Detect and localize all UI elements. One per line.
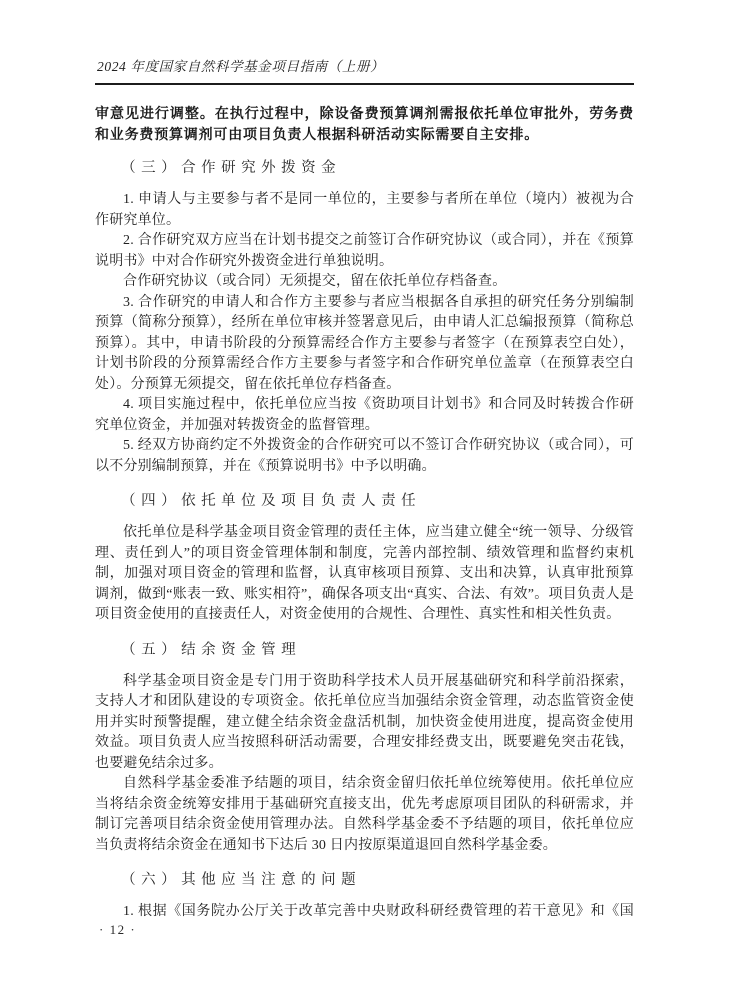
header-rule	[95, 83, 634, 85]
paragraph-note: 合作研究协议（或合同）无须提交，留在依托单位存档备查。	[95, 272, 634, 293]
paragraph-surplus-funds-2: 自然科学基金委准予结题的项目，结余资金留归依托单位统筹使用。依托单位应当将结余资…	[95, 774, 634, 856]
page-content-area: 2024 年度国家自然科学基金项目指南（上册） 审意见进行调整。在执行过程中，除…	[95, 57, 634, 923]
paragraph-responsibility: 依托单位是科学基金项目资金管理的责任主体，应当建立健全“统一领导、分级管理、责任…	[95, 523, 634, 626]
section-heading-6: （六）其他应当注意的问题	[95, 869, 634, 891]
paragraph-other-issues-item-1: 1. 根据《国务院办公厅关于改革完善中央财政科研经费管理的若干意见》和《国	[95, 902, 634, 923]
section-heading-5: （五）结余资金管理	[95, 639, 634, 661]
page-number: · 12 ·	[99, 922, 136, 938]
paragraph-bold-continuation: 审意见进行调整。在执行过程中，除设备费预算调剂需报依托单位审批外，劳务费和业务费…	[95, 103, 634, 144]
section-heading-3: （三）合作研究外拨资金	[95, 157, 634, 179]
paragraph-surplus-funds-1: 科学基金项目资金是专门用于资助科学技术人员开展基础研究和科学前沿探索，支持人才和…	[95, 672, 634, 775]
section-heading-4: （四）依托单位及项目负责人责任	[95, 490, 634, 512]
paragraph-item-2: 2. 合作研究双方应当在计划书提交之前签订合作研究协议（或合同），并在《预算说明…	[95, 231, 634, 272]
paragraph-item-1: 1. 申请人与主要参与者不是同一单位的，主要参与者所在单位（境内）被视为合作研究…	[95, 190, 634, 231]
paragraph-item-5: 5. 经双方协商约定不外拨资金的合作研究可以不签订合作研究协议（或合同），可以不…	[95, 436, 634, 477]
paragraph-item-3: 3. 合作研究的申请人和合作方主要参与者应当根据各自承担的研究任务分别编制预算（…	[95, 293, 634, 396]
running-header-title: 2024 年度国家自然科学基金项目指南（上册）	[95, 57, 634, 76]
document-page: 2024 年度国家自然科学基金项目指南（上册） 审意见进行调整。在执行过程中，除…	[0, 0, 729, 1005]
document-body: 审意见进行调整。在执行过程中，除设备费预算调剂需报依托单位审批外，劳务费和业务费…	[95, 103, 634, 923]
paragraph-item-4: 4. 项目实施过程中，依托单位应当按《资助项目计划书》和合同及时转拨合作研究单位…	[95, 395, 634, 436]
